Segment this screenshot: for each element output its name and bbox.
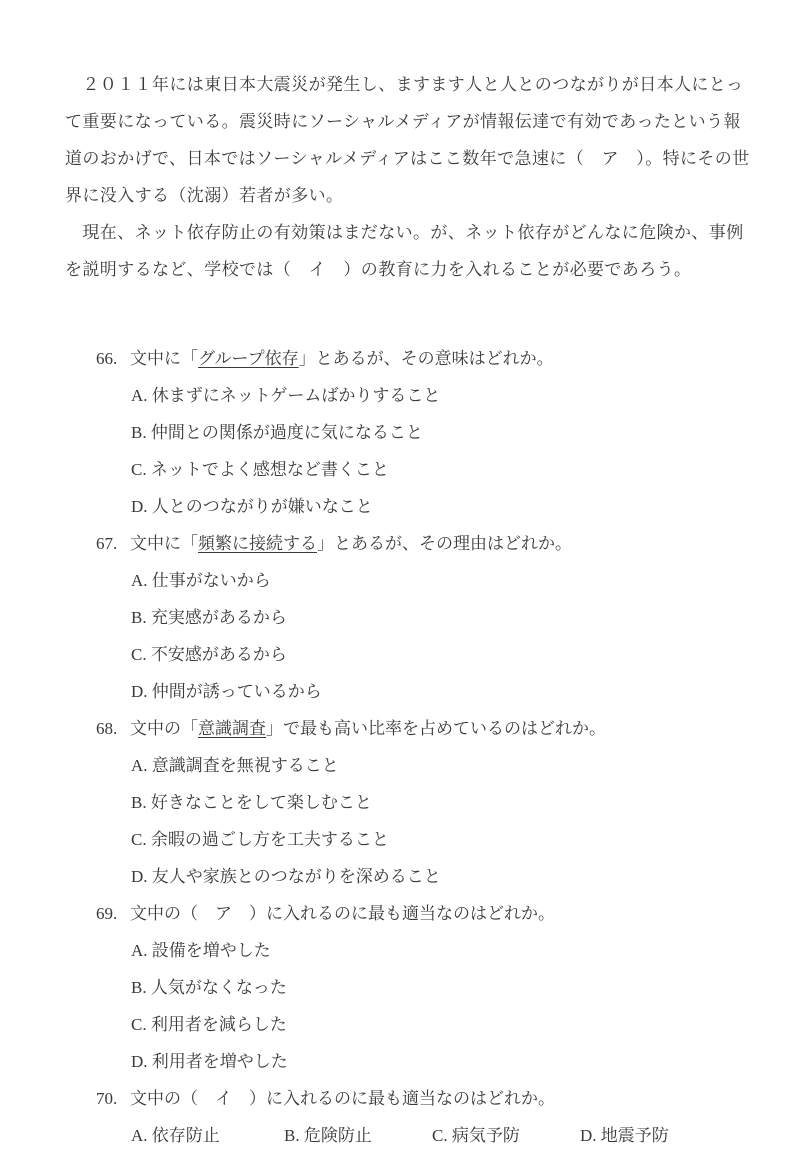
- option-item: D. 人とのつながりが嫌いなこと: [96, 488, 786, 525]
- passage-line: て重要になっている。震災時にソーシャルメディアが情報伝達で有効であったという報: [65, 103, 745, 140]
- option-text: B. 人気がなくなった: [131, 978, 287, 997]
- question-prefix: 文中に「: [130, 349, 198, 368]
- question-number: 66.: [96, 340, 130, 377]
- question-prefix: 文中の（ イ ）に入れるのに最も適当なのはどれか。: [130, 1089, 555, 1108]
- option-text: D. 仲間が誘っているから: [131, 682, 322, 701]
- option-text: C. 利用者を減らした: [131, 1015, 287, 1034]
- question-suffix: 」とあるが、その意味はどれか。: [299, 349, 554, 368]
- option-item: D. 仲間が誘っているから: [96, 673, 786, 710]
- option-item: A. 意識調査を無視すること: [96, 747, 786, 784]
- passage-line: ２０１１年には東日本大震災が発生し、ますます人と人とのつながりが日本人にとっ: [65, 66, 745, 103]
- question-66: 66. 文中に「グループ依存」とあるが、その意味はどれか。 A. 休まずにネット…: [96, 340, 786, 525]
- option-text: A. 設備を増やした: [131, 941, 271, 960]
- question-line: 70. 文中の（ イ ）に入れるのに最も適当なのはどれか。: [96, 1080, 786, 1117]
- underlined-term: グループ依存: [198, 349, 299, 368]
- passage-line: 界に没入する（沈溺）若者が多い。: [65, 177, 745, 214]
- question-70: 70. 文中の（ イ ）に入れるのに最も適当なのはどれか。 A. 依存防止 B.…: [96, 1080, 786, 1154]
- option-text: D. 友人や家族とのつながりを深めること: [131, 867, 441, 886]
- option-text: A. 休まずにネットゲームばかりすること: [131, 386, 440, 405]
- question-number: 70.: [96, 1080, 130, 1117]
- option-item: B. 人気がなくなった: [96, 969, 786, 1006]
- question-suffix: 」とあるが、その理由はどれか。: [317, 534, 572, 553]
- option-item: B. 仲間との関係が過度に気になること: [96, 414, 786, 451]
- question-number: 68.: [96, 710, 130, 747]
- option-text: A. 仕事がないから: [131, 571, 271, 590]
- question-67: 67. 文中に「頻繁に接続する」とあるが、その理由はどれか。 A. 仕事がないか…: [96, 525, 786, 710]
- option-item: C. 余暇の過ごし方を工夫すること: [96, 821, 786, 858]
- passage-line: 現在、ネット依存防止の有効策はまだない。が、ネット依存がどんなに危険か、事例: [65, 214, 745, 251]
- question-number: 67.: [96, 525, 130, 562]
- option-item: A. 仕事がないから: [96, 562, 786, 599]
- option-item: C. 病気予防: [432, 1117, 520, 1154]
- option-item: A. 依存防止: [131, 1117, 220, 1154]
- option-text: D. 利用者を増やした: [131, 1052, 288, 1071]
- question-text: 文中の「意識調査」で最も高い比率を占めているのはどれか。: [130, 710, 606, 747]
- option-text: C. ネットでよく感想など書くこと: [131, 460, 389, 479]
- question-text: 文中に「頻繁に接続する」とあるが、その理由はどれか。: [130, 525, 572, 562]
- question-68: 68. 文中の「意識調査」で最も高い比率を占めているのはどれか。 A. 意識調査…: [96, 710, 786, 895]
- underlined-term: 意識調査: [198, 719, 266, 738]
- question-text: 文中の（ イ ）に入れるのに最も適当なのはどれか。: [130, 1080, 555, 1117]
- question-list: 66. 文中に「グループ依存」とあるが、その意味はどれか。 A. 休まずにネット…: [96, 340, 786, 1154]
- option-text: C. 不安感があるから: [131, 645, 287, 664]
- question-text: 文中に「グループ依存」とあるが、その意味はどれか。: [130, 340, 554, 377]
- option-item: B. 好きなことをして楽しむこと: [96, 784, 786, 821]
- option-text: B. 仲間との関係が過度に気になること: [131, 423, 423, 442]
- option-text: C. 余暇の過ごし方を工夫すること: [131, 830, 389, 849]
- question-text: 文中の（ ア ）に入れるのに最も適当なのはどれか。: [130, 895, 555, 932]
- option-item: D. 地震予防: [580, 1117, 669, 1154]
- option-item: B. 充実感があるから: [96, 599, 786, 636]
- question-number: 69.: [96, 895, 130, 932]
- question-line: 69. 文中の（ ア ）に入れるのに最も適当なのはどれか。: [96, 895, 786, 932]
- option-item: C. 不安感があるから: [96, 636, 786, 673]
- question-prefix: 文中に「: [130, 534, 198, 553]
- option-item: B. 危険防止: [284, 1117, 372, 1154]
- question-line: 68. 文中の「意識調査」で最も高い比率を占めているのはどれか。: [96, 710, 786, 747]
- question-suffix: 」で最も高い比率を占めているのはどれか。: [266, 719, 606, 738]
- option-item: C. 利用者を減らした: [96, 1006, 786, 1043]
- option-item: C. ネットでよく感想など書くこと: [96, 451, 786, 488]
- exam-page: ２０１１年には東日本大震災が発生し、ますます人と人とのつながりが日本人にとっ て…: [0, 0, 800, 1168]
- option-text: A. 意識調査を無視すること: [131, 756, 339, 775]
- option-text: B. 好きなことをして楽しむこと: [131, 793, 372, 812]
- question-prefix: 文中の（ ア ）に入れるのに最も適当なのはどれか。: [130, 904, 555, 923]
- passage-line: を説明するなど、学校では（ イ ）の教育に力を入れることが必要であろう。: [65, 251, 745, 288]
- option-text: B. 充実感があるから: [131, 608, 287, 627]
- option-item: D. 友人や家族とのつながりを深めること: [96, 858, 786, 895]
- question-69: 69. 文中の（ ア ）に入れるのに最も適当なのはどれか。 A. 設備を増やした…: [96, 895, 786, 1080]
- option-item: D. 利用者を増やした: [96, 1043, 786, 1080]
- option-text: D. 人とのつながりが嫌いなこと: [131, 497, 373, 516]
- reading-passage: ２０１１年には東日本大震災が発生し、ますます人と人とのつながりが日本人にとっ て…: [65, 66, 745, 288]
- question-line: 66. 文中に「グループ依存」とあるが、その意味はどれか。: [96, 340, 786, 377]
- option-item: A. 設備を増やした: [96, 932, 786, 969]
- options-row: A. 依存防止 B. 危険防止 C. 病気予防 D. 地震予防: [96, 1117, 786, 1154]
- underlined-term: 頻繁に接続する: [198, 534, 317, 553]
- passage-line: 道のおかげで、日本ではソーシャルメディアはここ数年で急速に（ ア ）。特にその世: [65, 140, 745, 177]
- question-line: 67. 文中に「頻繁に接続する」とあるが、その理由はどれか。: [96, 525, 786, 562]
- option-item: A. 休まずにネットゲームばかりすること: [96, 377, 786, 414]
- question-prefix: 文中の「: [130, 719, 198, 738]
